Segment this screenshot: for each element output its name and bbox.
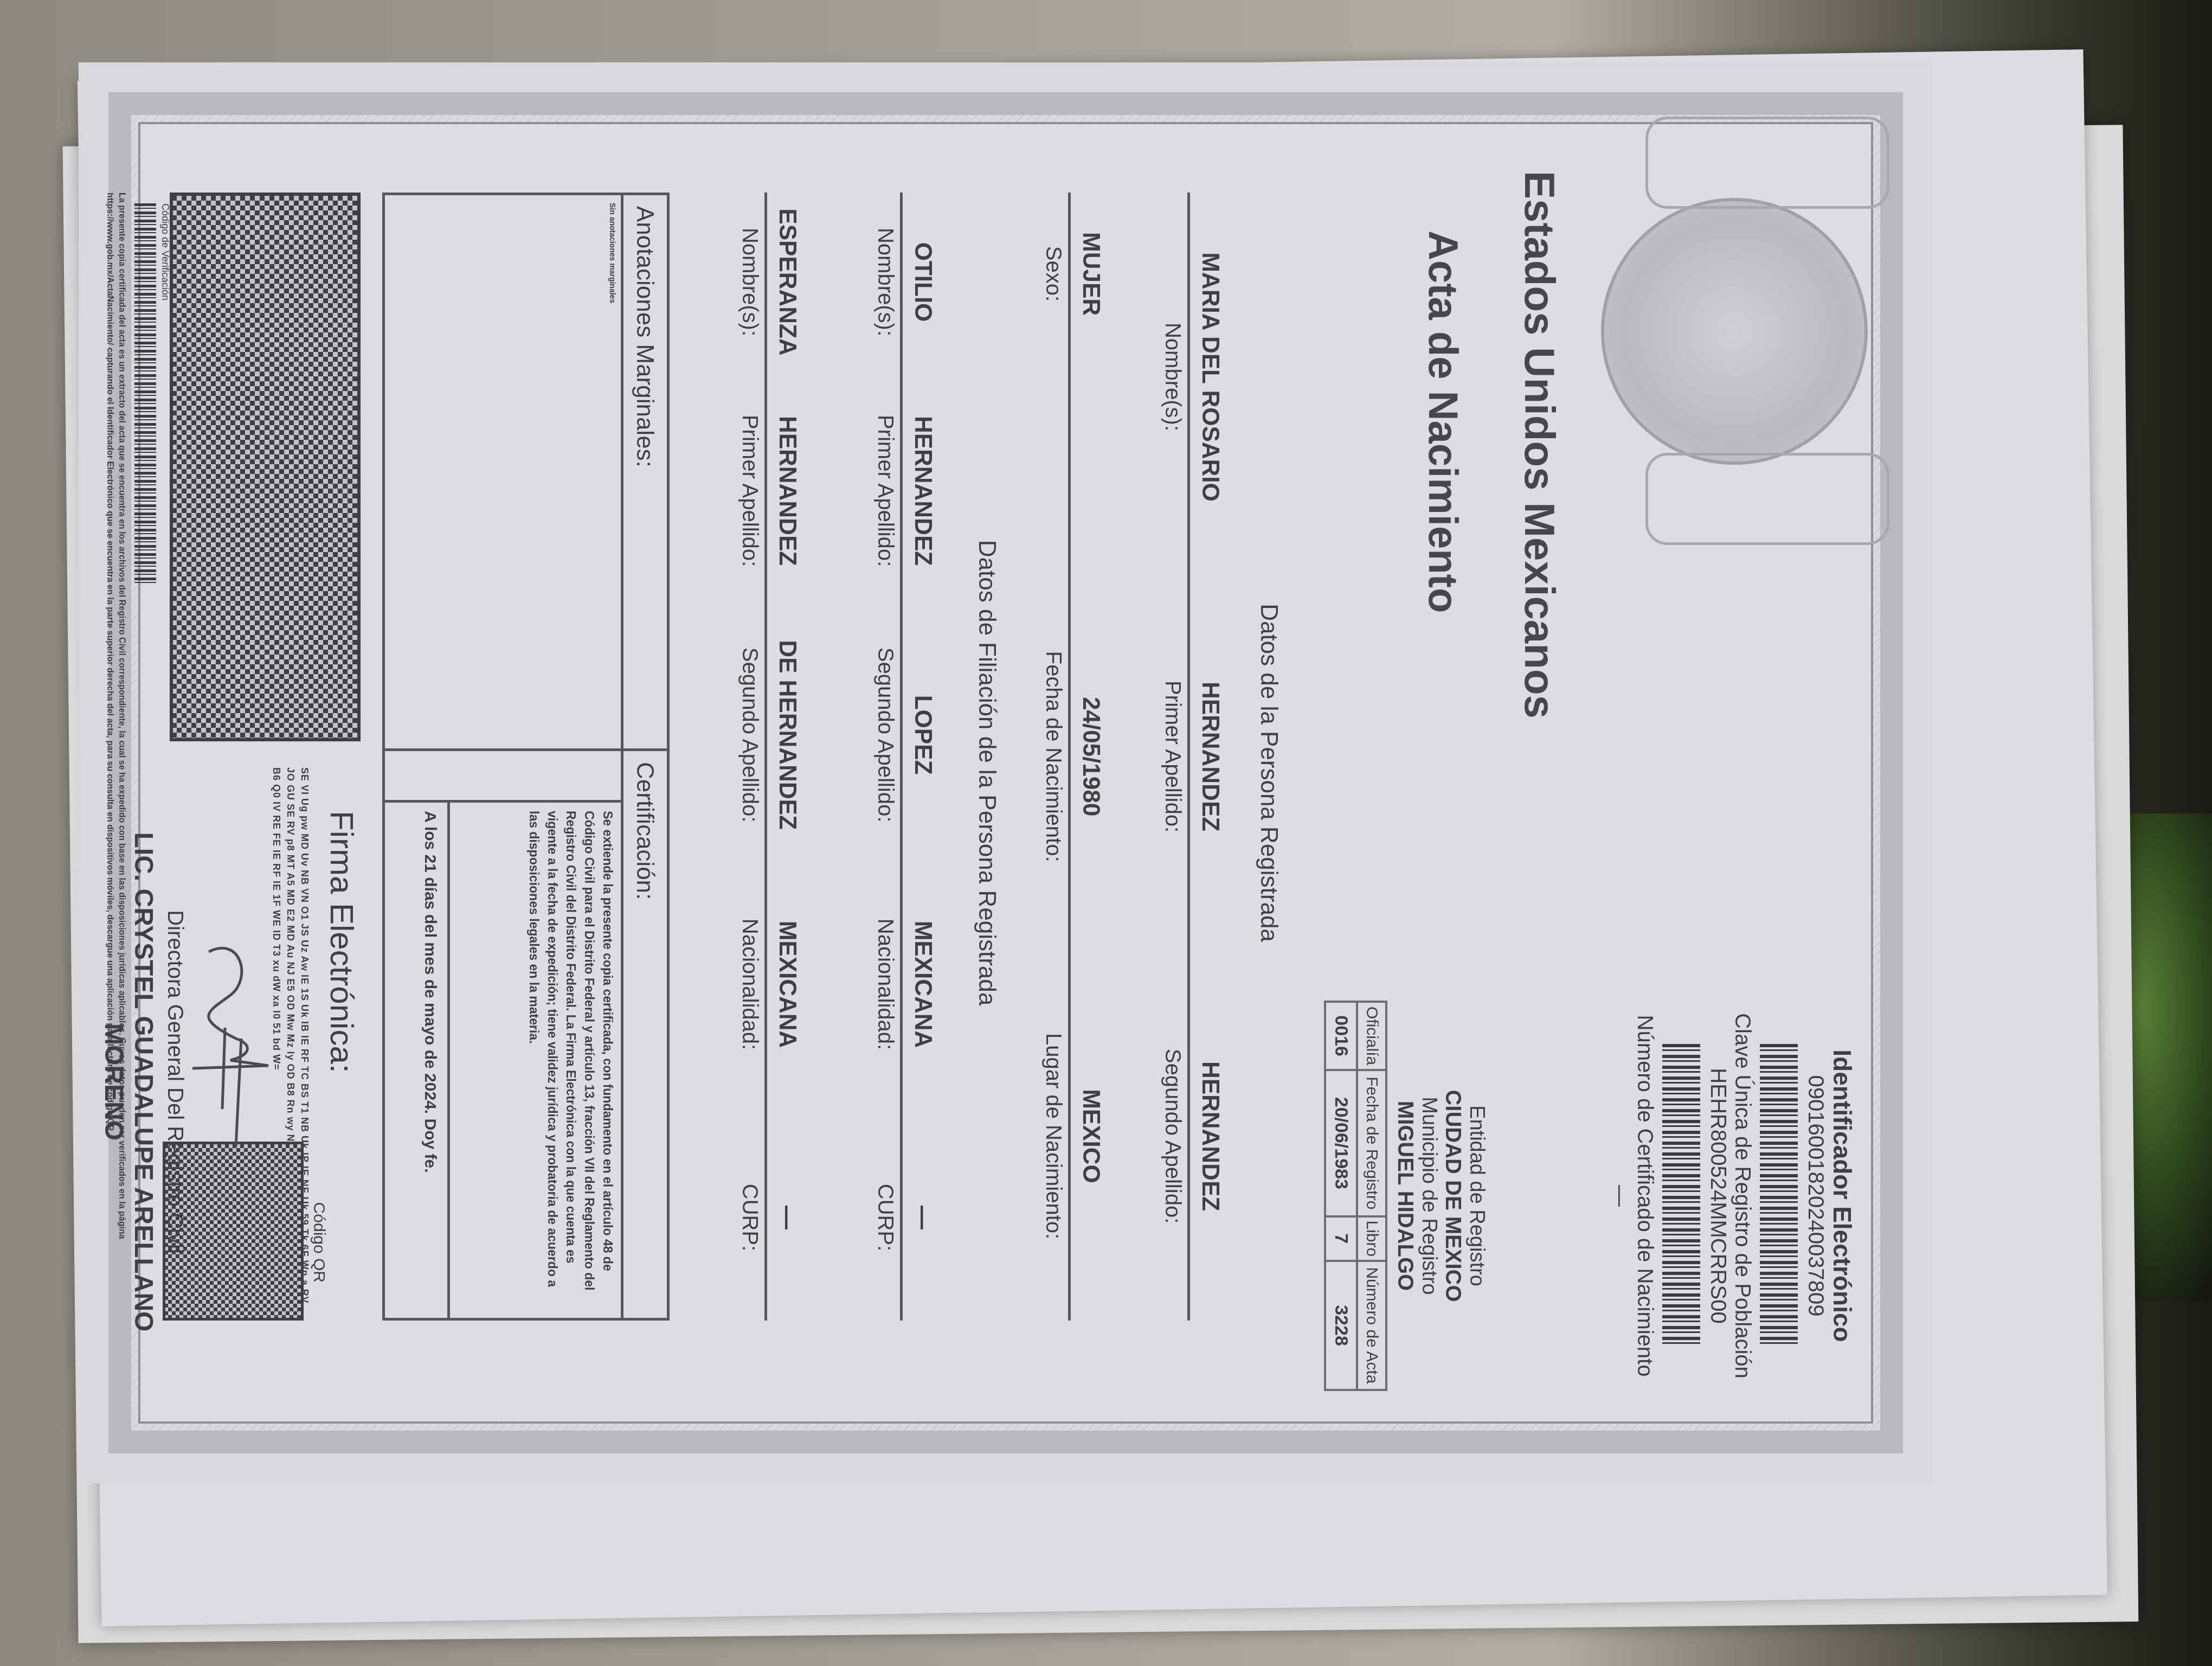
certificado-label: Número de Certificado de Nacimiento (1632, 990, 1657, 1402)
seal-ornament-icon (1645, 453, 1889, 545)
td-numero-acta: 3228 (1325, 1261, 1357, 1390)
identificador-value: 09016001820240037809 (1803, 990, 1828, 1402)
verification-barcode (134, 203, 156, 583)
signature-icon (187, 930, 274, 1158)
large-qr-code-icon (170, 193, 361, 741)
municipio-label: Municipio de Registro (1417, 1001, 1441, 1391)
footer-legal-text: La presente copia certificada del acta e… (104, 193, 127, 1321)
field-lugar-nacimiento: MEXICO Lugar de Nacimiento: (1041, 952, 1109, 1321)
certificado-value: — (1608, 990, 1632, 1402)
coat-of-arms-seal-icon (1601, 198, 1868, 465)
field-segundo-apellido: HERNANDEZ Segundo Apellido: (1160, 952, 1228, 1321)
th-oficialia: Oficialía (1357, 1002, 1386, 1070)
verification-code: Código de Verificación (134, 203, 171, 583)
td-oficialia: 0016 (1325, 1002, 1357, 1070)
padre-nombre: OTILIO Nombre(s): (873, 193, 941, 371)
registration-info: Entidad de Registro CIUDAD DE MEXICO Mun… (1324, 1001, 1488, 1391)
td-libro: 7 (1325, 1216, 1357, 1261)
certificacion-text: Se extiende la presente copia certificad… (525, 811, 617, 1302)
certificacion-date: A los 21 días del mes de mayo de 2024. D… (421, 811, 439, 1307)
birth-certificate: Estados Unidos Mexicanos Acta de Nacimie… (79, 62, 1933, 1483)
divider (447, 800, 450, 1318)
identificador-barcode (1760, 1044, 1798, 1348)
divider (621, 751, 623, 1318)
anotaciones-value: Sin anotaciones marginales (608, 203, 617, 303)
registration-table: Oficialía Fecha de Registro Libro Número… (1324, 1001, 1387, 1391)
madre-nombre: ESPERANZA Nombre(s): (737, 193, 805, 371)
padre-nacionalidad: MEXICANA Nacionalidad: (873, 865, 941, 1104)
curp-label: Clave Única de Registro de Población (1730, 990, 1754, 1402)
seal-ornament-icon (1645, 117, 1889, 209)
entidad-label: Entidad de Registro (1465, 1001, 1488, 1391)
anotaciones-marginales: Anotaciones Marginales: Sin anotaciones … (385, 195, 667, 751)
madre-primer-apellido: HERNANDEZ Primer Apellido: (737, 377, 805, 605)
padre-segundo-apellido: LOPEZ Segundo Apellido: (873, 616, 941, 854)
curp-barcode (1662, 1044, 1700, 1348)
annotations-certification-box: Anotaciones Marginales: Sin anotaciones … (382, 193, 670, 1321)
th-numero-acta: Número de Acta (1357, 1261, 1386, 1390)
qr-code-label: Código QR (310, 1202, 328, 1283)
entidad-value: CIUDAD DE MEXICO (1441, 1001, 1465, 1391)
certificacion: Certificación: Se extiende la presente c… (385, 751, 667, 1318)
curp-value: HEHR800524MMCRRS00 (1706, 990, 1730, 1402)
director-role: Directora General Del Registro Civil (163, 784, 187, 1380)
madre-segundo-apellido: DE HERNANDEZ Segundo Apellido: (737, 616, 805, 854)
persona-section-title: Datos de la Persona Registrada (1255, 62, 1282, 1483)
field-nombre: MARIA DEL ROSARIO Nombre(s): (1160, 193, 1228, 561)
document-title: Acta de Nacimiento (1419, 230, 1467, 613)
th-fecha-registro: Fecha de Registro (1357, 1070, 1386, 1216)
td-fecha-registro: 20/06/1983 (1325, 1070, 1357, 1216)
divider (621, 195, 623, 748)
madre-curp: — CURP: (737, 1114, 805, 1321)
anotaciones-label: Anotaciones Marginales: (631, 206, 658, 467)
header-identifiers: Identificador Electrónico 09016001820240… (1608, 990, 1857, 1402)
field-fecha-nacimiento: 24/05/1980 Fecha de Nacimiento: (1041, 572, 1109, 941)
madre-nacionalidad: MEXICANA Nacionalidad: (737, 865, 805, 1104)
th-libro: Libro (1357, 1216, 1386, 1261)
firma-electronica-label: Firma Electrónica: (323, 811, 361, 1073)
country-title: Estados Unidos Mexicanos (1515, 171, 1564, 719)
verification-label: Código de Verificación (159, 203, 171, 583)
certificacion-label: Certificación: (631, 762, 658, 900)
filiacion-section-title: Datos de Filiación de la Persona Registr… (973, 62, 1000, 1483)
padre-curp: — CURP: (873, 1114, 941, 1321)
municipio-value: MIGUEL HIDALGO (1393, 1001, 1417, 1391)
padre-primer-apellido: HERNANDEZ Primer Apellido: (873, 377, 941, 605)
field-sexo: MUJER Sexo: (1041, 193, 1109, 355)
divider (385, 800, 623, 803)
field-primer-apellido: HERNANDEZ Primer Apellido: (1160, 572, 1228, 941)
identificador-label: Identificador Electrónico (1828, 990, 1857, 1402)
